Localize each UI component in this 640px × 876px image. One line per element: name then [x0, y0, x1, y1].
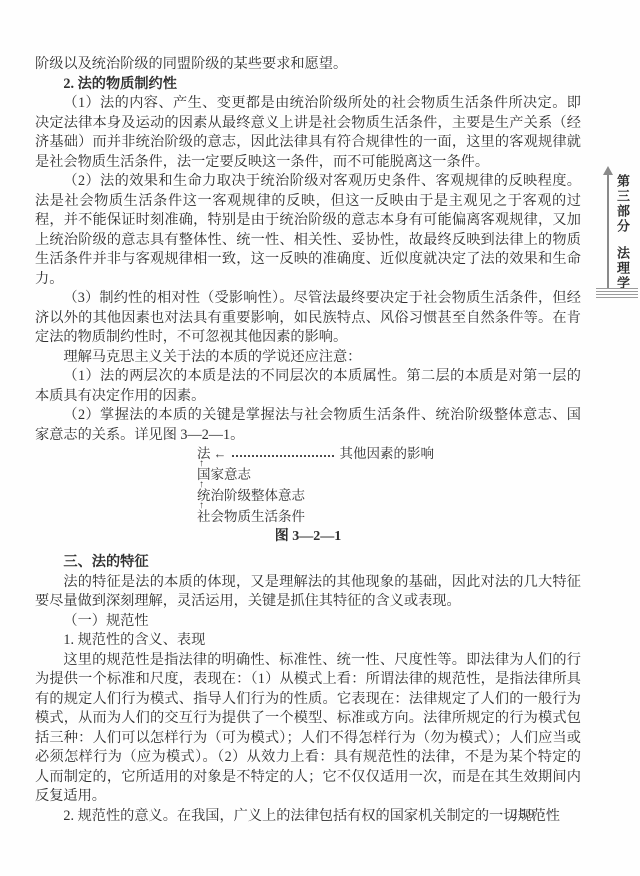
section-heading-material-restriction: 2. 法的物质制约性 — [35, 75, 581, 95]
book-page: 阶级以及统治阶级的同盟阶级的某些要求和愿望。 2. 法的物质制约性 （1）法的内… — [0, 0, 640, 876]
paragraph-note-1: （1）法的两层次的本质是法的不同层次的本质属性。第二层的本质是对第一层的本质具有… — [35, 367, 581, 406]
diagram-node-material-conditions: 社会物质生活条件 — [197, 510, 581, 523]
paragraph-note-intro: 理解马克思主义关于法的本质的学说还应注意： — [35, 348, 581, 368]
paragraph-1: （1）法的内容、产生、变更都是由统治阶级所处的社会物质生活条件所决定。即决定法律… — [35, 94, 581, 172]
paragraph-overflow: 阶级以及统治阶级的同盟阶级的某些要求和愿望。 — [35, 55, 581, 75]
tab-labels: 第三部分法理学 — [613, 174, 632, 291]
margin-section-tab: 第三部分法理学 — [596, 166, 638, 300]
text-column: 阶级以及统治阶级的同盟阶级的某些要求和愿望。 2. 法的物质制约性 （1）法的内… — [35, 55, 581, 826]
paragraph-note-2: （2）掌握法的本质的关键是掌握法与社会物质生活条件、统治阶级整体意志、国家意志的… — [35, 406, 581, 445]
subject-label: 法理学 — [615, 246, 630, 291]
section-heading-law-features: 三、法的特征 — [35, 553, 581, 573]
up-arrow-icon: ↑ — [199, 460, 581, 468]
law-essence-diagram: 法 ← 其他因素的影响 ↑ 国家意志 ↑ 统治阶级整体意志 ↑ 社会物质生活条件 — [197, 447, 581, 523]
subsection-heading-norm-meaning: 1. 规范性的含义、表现 — [35, 631, 581, 651]
diagram-label-other-factors: 其他因素的影响 — [340, 447, 435, 460]
paragraph-3: （3）制约性的相对性（受影响性）。尽管法最终要决定于社会物质生活条件，但经济以外… — [35, 289, 581, 348]
dotted-connector-line — [232, 455, 334, 457]
diagram-caption: 图 3—2—1 — [35, 529, 581, 545]
diagram-top-row: 法 ← 其他因素的影响 — [197, 447, 581, 460]
paragraph-2: （2）法的效果和生命力取决于统治阶级对客观历史条件、客观规律的反映程度。法是社会… — [35, 172, 581, 289]
left-arrow-icon: ← — [214, 447, 227, 460]
paragraph-normativity: 这里的规范性是指法律的明确性、标准性、统一性、尺度性等。即法律为人们的行为提供一… — [35, 651, 581, 807]
diagram-node-state-will: 国家意志 — [197, 468, 581, 481]
tab-vertical-line — [607, 174, 609, 288]
diagram-node-ruling-class-will: 统治阶级整体意志 — [197, 489, 581, 502]
hatch-mark — [596, 288, 638, 300]
page-number: · 259 · — [430, 806, 548, 822]
paragraph-features-intro: 法的特征是法的本质的体现，又是理解法的其他现象的基础，因此对法的几大特征要尽量做… — [35, 573, 581, 612]
part-label: 第三部分 — [615, 174, 630, 234]
subsection-heading-normativity: （一）规范性 — [35, 612, 581, 632]
